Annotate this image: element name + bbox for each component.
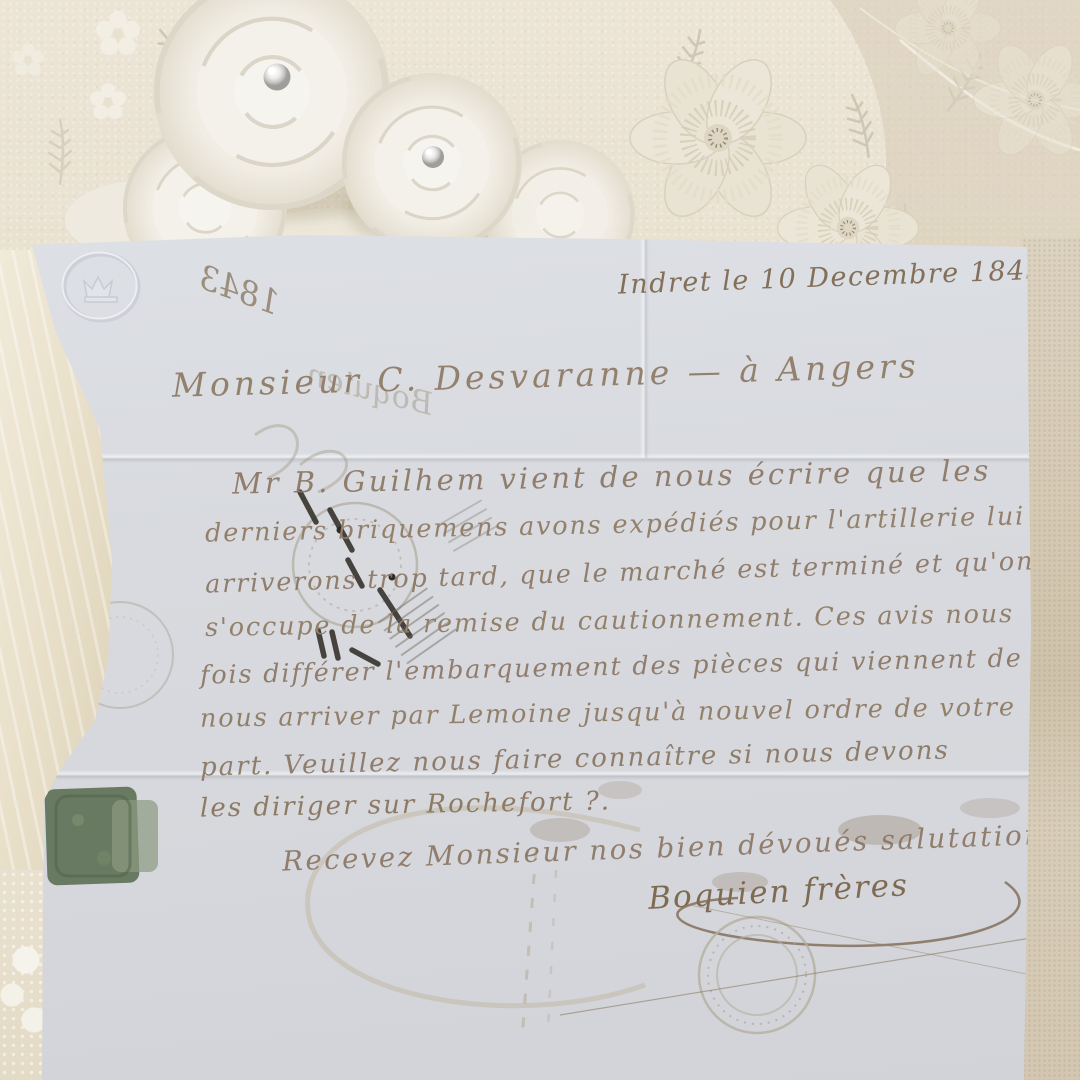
photo-antique-letter-on-lace: 1843 Boquien <box>0 0 1080 1080</box>
pearl-highlight <box>268 67 276 75</box>
lace-daisy <box>96 11 140 55</box>
lace-daisy <box>90 83 126 119</box>
lace-daisy <box>12 43 44 75</box>
ghost-dotted-column <box>522 850 536 1040</box>
green-wax-residue <box>44 786 158 885</box>
crease-hairline <box>560 930 1080 1015</box>
embroidered-sprig <box>49 120 71 184</box>
fabric-flowers-band <box>0 0 1080 256</box>
pearl-highlight <box>426 149 432 155</box>
ghost-year: 1843 <box>193 257 285 322</box>
embroidered-flower <box>630 49 806 227</box>
faint-datestamp-bottom <box>699 917 815 1033</box>
pearl-bead <box>422 146 444 168</box>
letter-paper: 1843 Boquien <box>0 230 1080 1080</box>
embossed-crown-seal-icon <box>63 253 139 321</box>
tulle-fabric-right <box>1022 238 1080 1080</box>
crease-hairline <box>690 905 1080 985</box>
embroidered-sprig <box>841 92 879 160</box>
pearl-bead <box>264 64 291 91</box>
